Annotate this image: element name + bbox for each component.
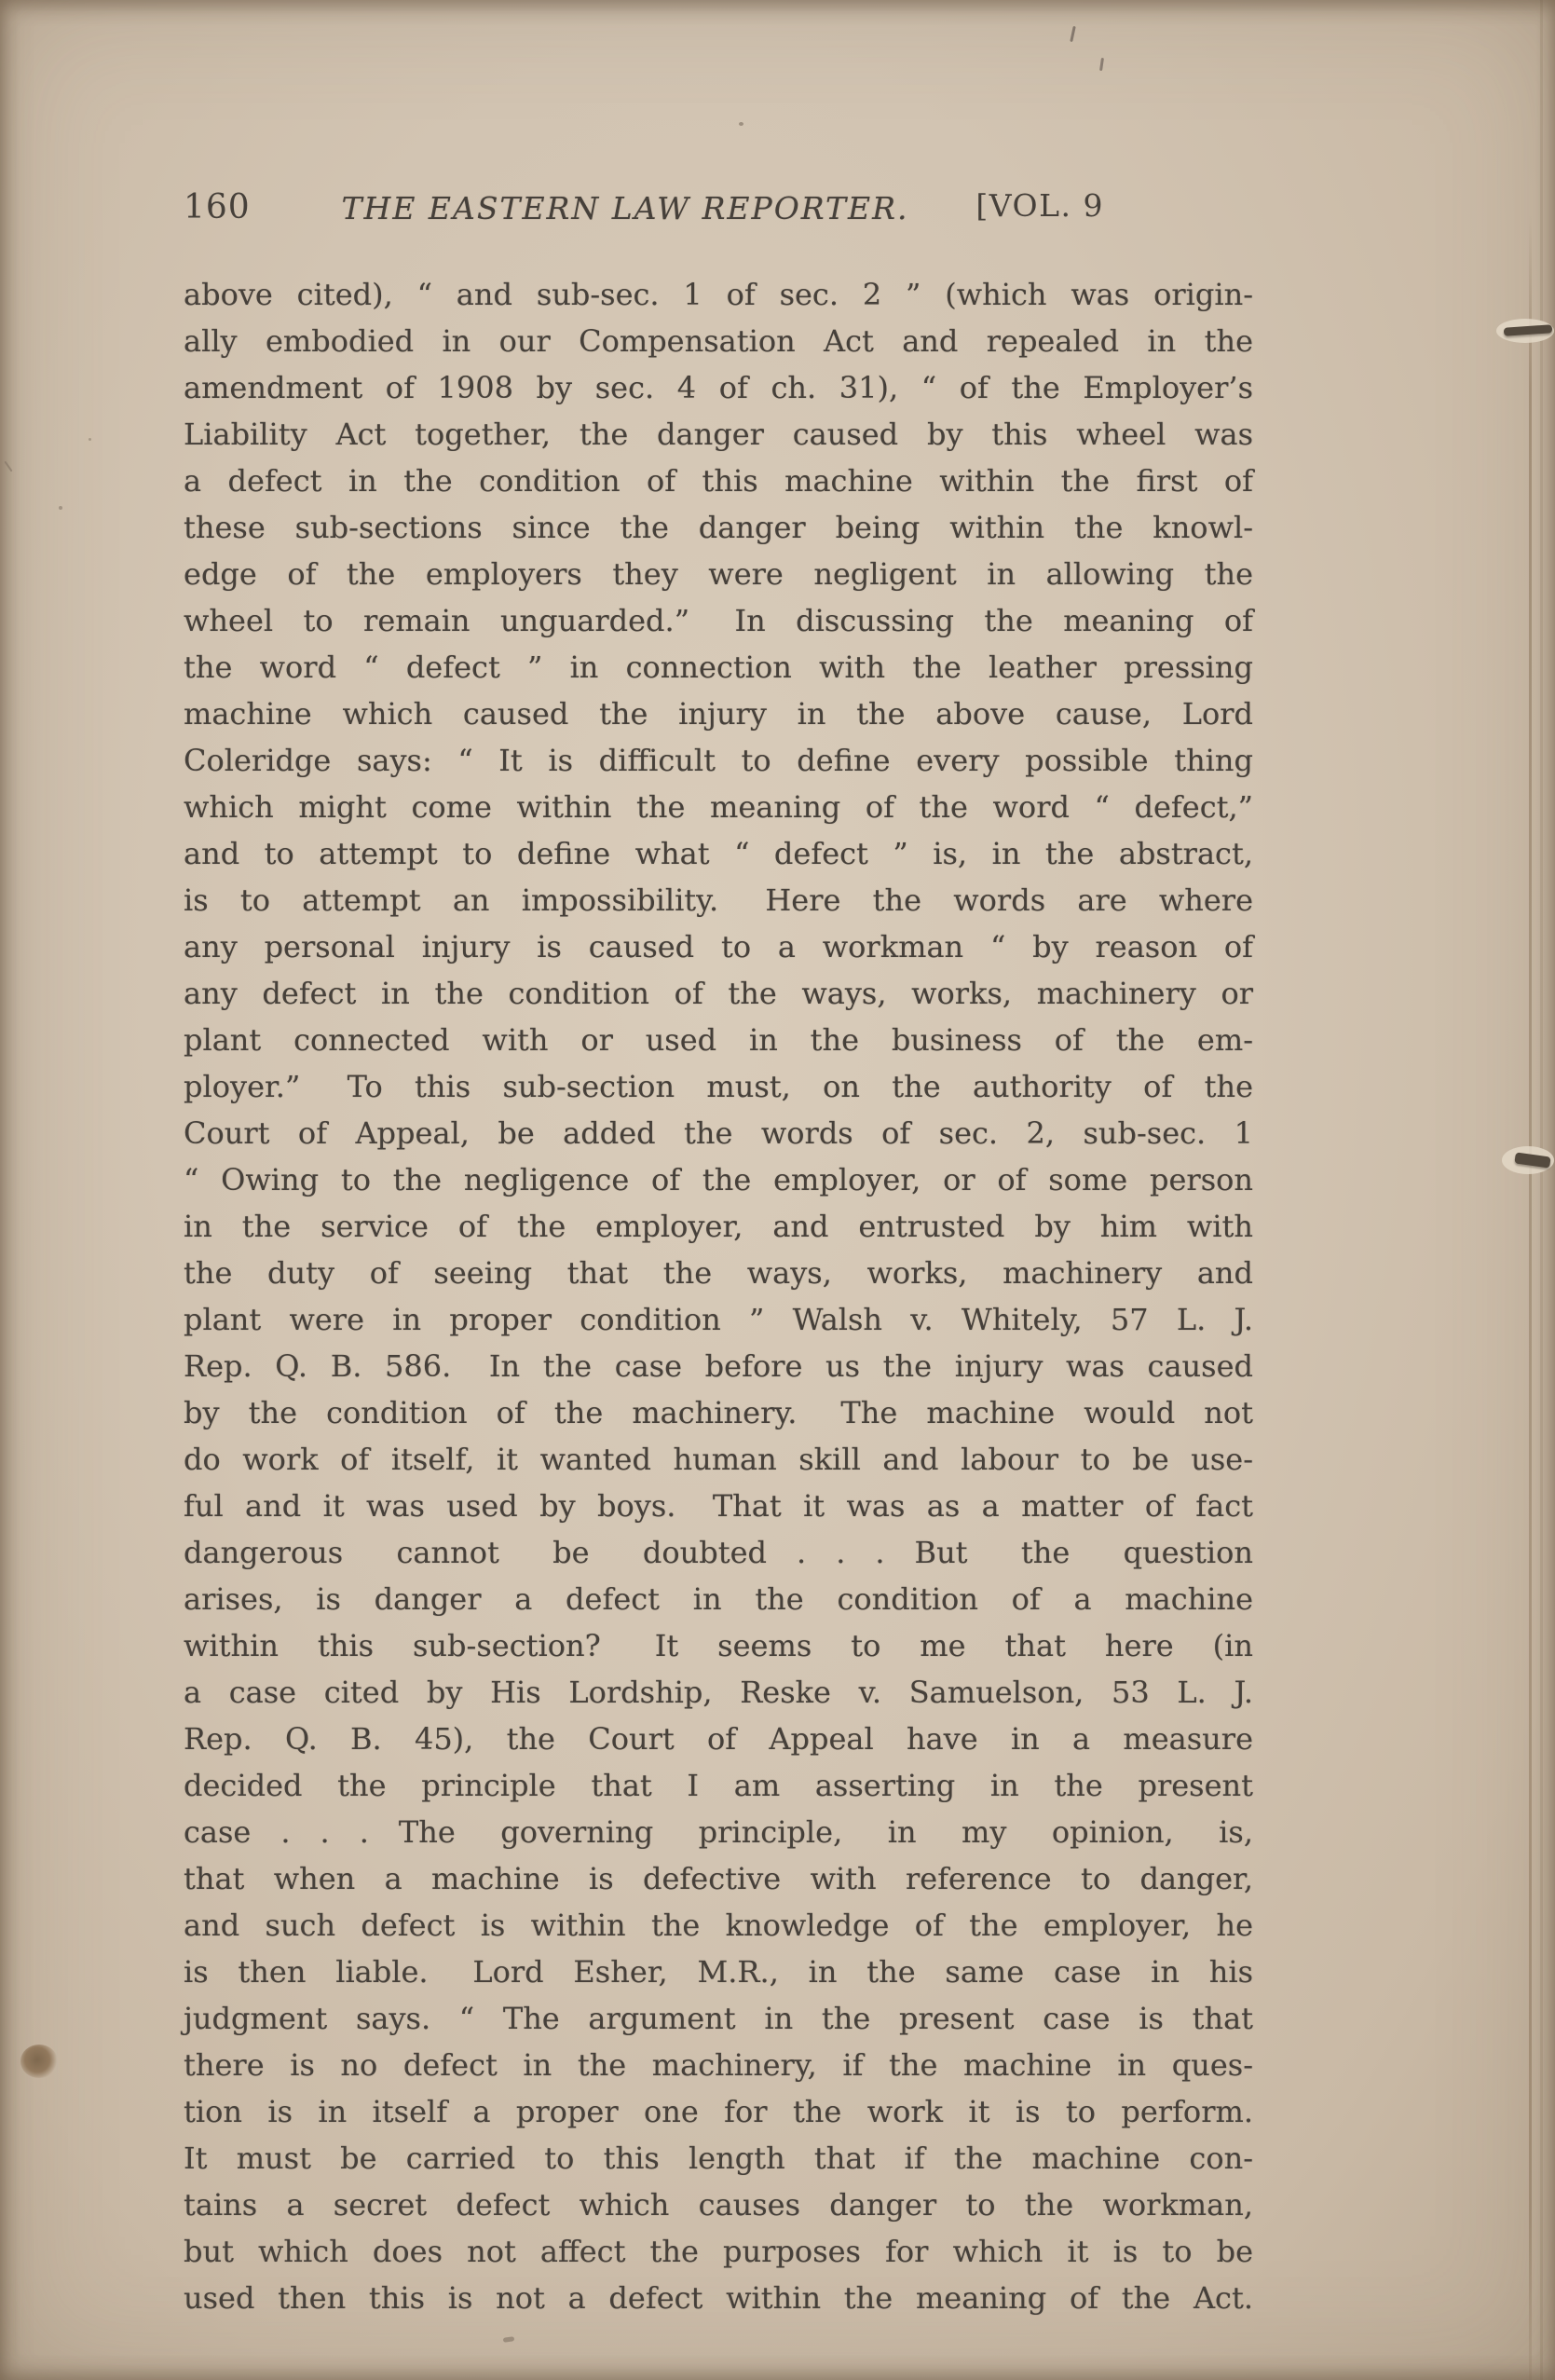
text-line: is to attempt an impossibility. Here the… bbox=[184, 877, 1253, 923]
text-line: amendment of 1908 by sec. 4 of ch. 31), … bbox=[184, 364, 1253, 411]
paper-speck bbox=[503, 2336, 515, 2343]
journal-title: THE EASTERN LAW REPORTER. bbox=[342, 190, 909, 226]
text-line: machine which caused the injury in the a… bbox=[184, 691, 1253, 737]
paper-stain bbox=[20, 2045, 58, 2078]
paper-speck bbox=[89, 438, 91, 441]
text-line: tion is in itself a proper one for the w… bbox=[184, 2088, 1253, 2135]
text-line: which might come within the meaning of t… bbox=[184, 784, 1253, 830]
paper-tear-halo bbox=[1502, 1146, 1554, 1174]
paper-speck bbox=[4, 461, 12, 472]
paper-speck bbox=[739, 122, 743, 126]
text-line: Rep. Q. B. 45), the Court of Appeal have… bbox=[184, 1716, 1253, 1762]
scanned-book-page: 160 THE EASTERN LAW REPORTER. [VOL. 9 ab… bbox=[0, 0, 1555, 2380]
text-line: Court of Appeal, be added the words of s… bbox=[184, 1110, 1253, 1156]
text-line: do work of itself, it wanted human skill… bbox=[184, 1436, 1253, 1483]
ink-speck bbox=[1070, 26, 1075, 42]
text-line: plant connected with or used in the busi… bbox=[184, 1017, 1253, 1063]
page-fold-crease bbox=[1529, 214, 1532, 2380]
text-line: that when a machine is defective with re… bbox=[184, 1855, 1253, 1902]
text-line: and to attempt to define what “ defect ”… bbox=[184, 830, 1253, 877]
text-line: and such defect is within the knowledge … bbox=[184, 1902, 1253, 1949]
paper-speck bbox=[59, 506, 62, 510]
text-line: ally embodied in our Compensation Act an… bbox=[184, 318, 1253, 364]
text-line: Rep. Q. B. 586. In the case before us th… bbox=[184, 1343, 1253, 1389]
text-line: the word “ defect ” in connection with t… bbox=[184, 644, 1253, 691]
text-line: It must be carried to this length that i… bbox=[184, 2135, 1253, 2182]
text-line: case . . . The governing principle, in m… bbox=[184, 1809, 1253, 1855]
text-line: within this sub-section? It seems to me … bbox=[184, 1622, 1253, 1669]
text-line: used then this is not a defect within th… bbox=[184, 2275, 1253, 2321]
text-line: a case cited by His Lordship, Reske v. S… bbox=[184, 1669, 1253, 1716]
volume-label: [VOL. 9 bbox=[975, 187, 1104, 224]
running-header: 160 THE EASTERN LAW REPORTER. [VOL. 9 bbox=[0, 183, 1555, 233]
ink-speck bbox=[1099, 58, 1104, 71]
text-line: but which does not affect the purposes f… bbox=[184, 2228, 1253, 2275]
text-line: these sub-sections since the danger bein… bbox=[184, 504, 1253, 551]
paper-tear-halo bbox=[1496, 319, 1554, 343]
text-line: arises, is danger a defect in the condit… bbox=[184, 1576, 1253, 1622]
text-line: in the service of the employer, and entr… bbox=[184, 1203, 1253, 1250]
text-line: any personal injury is caused to a workm… bbox=[184, 923, 1253, 970]
text-line: ful and it was used by boys. That it was… bbox=[184, 1483, 1253, 1529]
text-line: dangerous cannot be doubted . . . But th… bbox=[184, 1529, 1253, 1576]
binding-stitch-mark bbox=[1496, 317, 1555, 345]
binding-stitch-mark bbox=[1502, 1144, 1555, 1176]
page-edge-crease bbox=[1540, 0, 1543, 2380]
text-line: there is no defect in the machinery, if … bbox=[184, 2042, 1253, 2088]
text-line: by the condition of the machinery. The m… bbox=[184, 1389, 1253, 1436]
text-line: the duty of seeing that the ways, works,… bbox=[184, 1250, 1253, 1296]
text-line: is then liable. Lord Esher, M.R., in the… bbox=[184, 1949, 1253, 1995]
text-line: wheel to remain unguarded.” In discussin… bbox=[184, 597, 1253, 644]
text-line: Liability Act together, the danger cause… bbox=[184, 411, 1253, 458]
body-text: above cited), “ and sub-sec. 1 of sec. 2… bbox=[184, 271, 1253, 2321]
text-line: judgment says. “ The argument in the pre… bbox=[184, 1995, 1253, 2042]
text-line: edge of the employers they were negligen… bbox=[184, 551, 1253, 597]
text-line: any defect in the condition of the ways,… bbox=[184, 970, 1253, 1017]
stitch-thread bbox=[1514, 1152, 1550, 1168]
text-line: tains a secret defect which causes dange… bbox=[184, 2182, 1253, 2228]
page-number: 160 bbox=[184, 188, 251, 226]
stitch-thread bbox=[1504, 324, 1553, 336]
text-line: Coleridge says: “ It is difficult to def… bbox=[184, 737, 1253, 784]
text-line: decided the principle that I am assertin… bbox=[184, 1762, 1253, 1809]
text-line: a defect in the condition of this machin… bbox=[184, 458, 1253, 504]
text-line: plant were in proper condition ” Walsh v… bbox=[184, 1296, 1253, 1343]
text-line: above cited), “ and sub-sec. 1 of sec. 2… bbox=[184, 271, 1253, 318]
text-line: “ Owing to the negligence of the employe… bbox=[184, 1156, 1253, 1203]
text-line: ployer.” To this sub-section must, on th… bbox=[184, 1063, 1253, 1110]
